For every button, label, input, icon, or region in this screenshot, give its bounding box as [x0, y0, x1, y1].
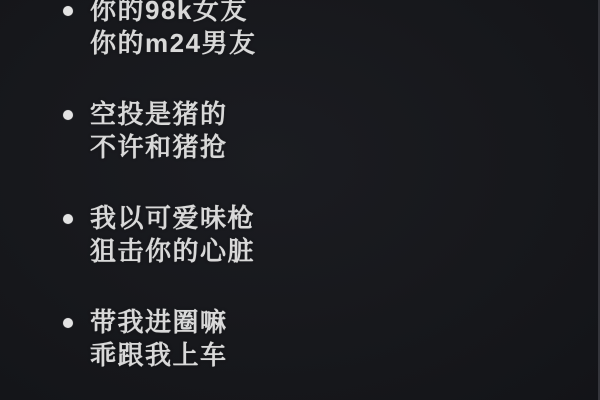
- lyric-line: 带我进圈嘛: [90, 306, 228, 339]
- lyric-line: 你的98k女友: [90, 0, 257, 27]
- stanza-lines: 空投是猪的 不许和猪抢: [90, 98, 228, 164]
- bullet-icon: [63, 214, 73, 224]
- lyric-line: 你的m24男友: [90, 27, 257, 60]
- lyrics-list: 你的98k女友 你的m24男友 空投是猪的 不许和猪抢 我以可爱味枪 狙击你的心…: [0, 0, 257, 372]
- stanza-lines: 带我进圈嘛 乖跟我上车: [90, 306, 228, 372]
- lyrics-photo-card: 你的98k女友 你的m24男友 空投是猪的 不许和猪抢 我以可爱味枪 狙击你的心…: [0, 0, 600, 400]
- lyric-line: 不许和猪抢: [90, 131, 228, 164]
- stanza-lines: 我以可爱味枪 狙击你的心脏: [90, 202, 255, 268]
- lyric-stanza: 我以可爱味枪 狙击你的心脏: [0, 202, 257, 268]
- bullet-icon: [63, 110, 73, 120]
- lyric-line: 乖跟我上车: [90, 339, 228, 372]
- lyric-stanza: 带我进圈嘛 乖跟我上车: [0, 306, 257, 372]
- bullet-icon: [63, 6, 73, 16]
- lyric-stanza: 空投是猪的 不许和猪抢: [0, 98, 257, 164]
- stanza-lines: 你的98k女友 你的m24男友: [90, 0, 257, 60]
- lyric-stanza: 你的98k女友 你的m24男友: [0, 0, 257, 60]
- lyric-line: 狙击你的心脏: [90, 235, 255, 268]
- lyric-line: 空投是猪的: [90, 98, 228, 131]
- lyric-line: 我以可爱味枪: [90, 202, 255, 235]
- bullet-icon: [63, 318, 73, 328]
